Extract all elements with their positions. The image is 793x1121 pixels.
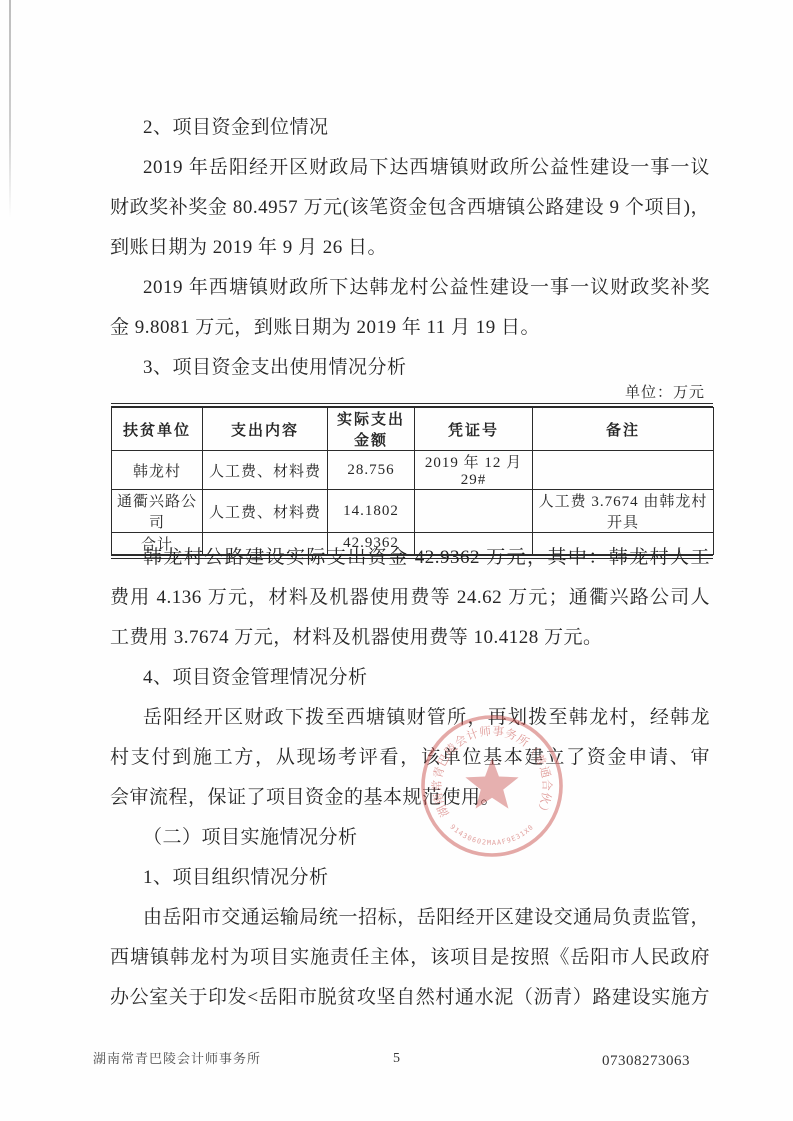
cell-unit: 韩龙村 (112, 451, 203, 490)
table-row: 韩龙村 人工费、材料费 28.756 2019 年 12 月 29# (112, 451, 714, 490)
col-header-remark: 备注 (533, 408, 714, 451)
cell-content: 人工费、材料费 (203, 490, 328, 533)
paragraph-line: 韩龙村公路建设实际支出资金 42.9362 万元，其中：韩龙村人工 (110, 538, 710, 578)
paragraph-line: 由岳阳市交通运输局统一招标，岳阳经开区建设交通局负责监管， (110, 898, 710, 938)
paragraph-line: 岳阳经开区财政下拨至西塘镇财管所，再划拨至韩龙村，经韩龙 (110, 698, 710, 738)
col-header-unit: 扶贫单位 (112, 408, 203, 451)
paragraph-line: 村支付到施工方，从现场考评看，该单位基本建立了资金申请、审批、 (110, 738, 710, 778)
table-unit-label: 单位：万元 (110, 381, 705, 402)
heading-section-2-implementation: （二）项目实施情况分析 (110, 818, 710, 858)
paragraph-line: 2019 年岳阳经开区财政局下达西塘镇财政所公益性建设一事一议 (110, 148, 710, 188)
table-row: 通衢兴路公司 人工费、材料费 14.1802 人工费 3.7674 由韩龙村开具 (112, 490, 714, 533)
cell-amount: 14.1802 (328, 490, 415, 533)
paragraph-line: 2019 年西塘镇财政所下达韩龙村公益性建设一事一议财政奖补奖 (110, 268, 710, 308)
paragraph-line: 西塘镇韩龙村为项目实施责任主体，该项目是按照《岳阳市人民政府 (110, 938, 710, 978)
paragraph-line: 费用 4.136 万元，材料及机器使用费等 24.62 万元；通衢兴路公司人 (110, 578, 710, 618)
paragraph-line: 办公室关于印发<岳阳市脱贫攻坚自然村通水泥（沥青）路建设实施方 (110, 978, 710, 1018)
paragraph-line: 工费用 3.7674 万元，材料及机器使用费等 10.4128 万元。 (110, 618, 710, 658)
col-header-amount: 实际支出金额 (328, 408, 415, 451)
document-page: 2、项目资金到位情况 2019 年岳阳经开区财政局下达西塘镇财政所公益性建设一事… (0, 0, 793, 1121)
cell-amount: 28.756 (328, 451, 415, 490)
scan-artifact-line (9, 0, 11, 218)
paragraph-line: 到账日期为 2019 年 9 月 26 日。 (110, 228, 710, 268)
cell-voucher (415, 490, 533, 533)
cell-unit: 通衢兴路公司 (112, 490, 203, 533)
heading-2-funds-arrival: 2、项目资金到位情况 (110, 108, 710, 148)
table-header-row: 扶贫单位 支出内容 实际支出金额 凭证号 备注 (112, 408, 714, 451)
paragraph-line: 会审流程，保证了项目资金的基本规范使用。 (110, 778, 710, 818)
paragraph-line: 金 9.8081 万元，到账日期为 2019 年 11 月 19 日。 (110, 308, 710, 348)
col-header-content: 支出内容 (203, 408, 328, 451)
cell-remark: 人工费 3.7674 由韩龙村开具 (533, 490, 714, 533)
heading-1-organization: 1、项目组织情况分析 (110, 858, 710, 898)
col-header-voucher: 凭证号 (415, 408, 533, 451)
cell-remark (533, 451, 714, 490)
expenditure-table: 扶贫单位 支出内容 实际支出金额 凭证号 备注 韩龙村 人工费、材料费 28.7… (111, 403, 713, 559)
paragraph-line: 财政奖补奖金 80.4957 万元(该笔资金包含西塘镇公路建设 9 个项目)， (110, 188, 710, 228)
heading-4-fund-management: 4、项目资金管理情况分析 (110, 658, 710, 698)
page-footer: 湖南常青巴陵会计师事务所 5 07308273063 (0, 1048, 793, 1072)
section-funds-arrival: 2、项目资金到位情况 2019 年岳阳经开区财政局下达西塘镇财政所公益性建设一事… (110, 108, 710, 388)
cell-voucher: 2019 年 12 月 29# (415, 451, 533, 490)
cell-content: 人工费、材料费 (203, 451, 328, 490)
footer-phone-number: 07308273063 (602, 1053, 690, 1070)
section-analysis: 韩龙村公路建设实际支出资金 42.9362 万元，其中：韩龙村人工 费用 4.1… (110, 538, 710, 1018)
